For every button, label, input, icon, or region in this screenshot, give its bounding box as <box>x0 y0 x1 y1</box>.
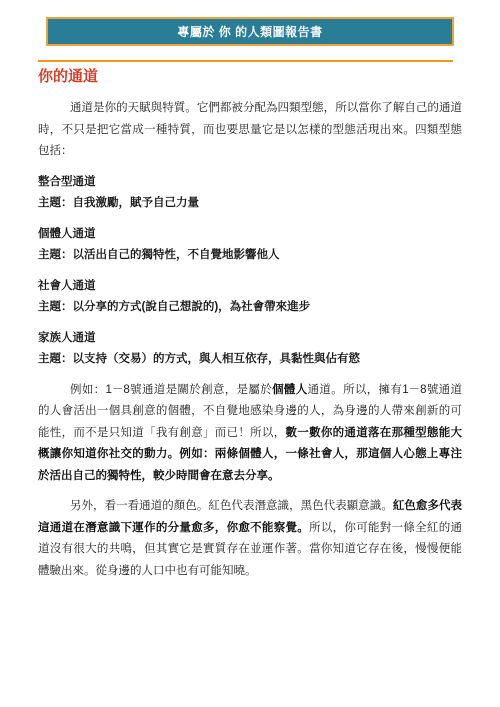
intro-paragraph: 通道是你的天賦與特質。它們都被分配為四類型態，所以當你了解自己的通道時，不只是把… <box>38 98 462 163</box>
channel-type-name: 家族人通道 <box>38 328 462 350</box>
channel-type-name: 個體人通道 <box>38 224 462 246</box>
channel-type-theme: 主題：自我激勵，賦予自己力量 <box>38 193 462 215</box>
channel-type-group: 個體人通道 主題：以活出自己的獨特性，不自覺地影響他人 <box>38 224 462 267</box>
section-heading: 你的通道 <box>38 68 462 85</box>
channel-type-theme: 主題：以分享的方式(說自己想說的)，為社會帶來進步 <box>38 297 462 319</box>
text-segment: 另外，看一看通道的顏色。紅色代表潛意識，黑色代表顯意識。 <box>70 500 393 512</box>
bold-text-segment: 個體人 <box>272 384 308 396</box>
report-banner: 專屬於 你 的人類圖報告書 <box>46 17 454 46</box>
channel-type-group: 家族人通道 主題：以支持（交易）的方式，與人相互依存，具黏性與佔有慾 <box>38 328 462 371</box>
color-meaning-paragraph: 另外，看一看通道的顏色。紅色代表潛意識，黑色代表顯意識。紅色愈多代表這通道在潛意… <box>38 496 462 582</box>
banner-title: 專屬於 你 的人類圖報告書 <box>177 25 322 39</box>
channel-type-group: 社會人通道 主題：以分享的方式(說自己想說的)，為社會帶來進步 <box>38 276 462 319</box>
page-content: 你的通道 通道是你的天賦與特質。它們都被分配為四類型態，所以當你了解自己的通道時… <box>38 60 462 582</box>
channel-type-name: 整合型通道 <box>38 172 462 194</box>
channel-type-theme: 主題：以活出自己的獨特性，不自覺地影響他人 <box>38 245 462 267</box>
text-segment: 例如：1－8號通道是關於創意，是屬於 <box>70 384 272 396</box>
channel-type-theme: 主題：以支持（交易）的方式，與人相互依存，具黏性與佔有慾 <box>38 349 462 371</box>
article-body: 通道是你的天賦與特質。它們都被分配為四類型態，所以當你了解自己的通道時，不只是把… <box>38 98 462 582</box>
example-paragraph: 例如：1－8號通道是關於創意，是屬於個體人通道。所以，擁有1－8號通道的人會活出… <box>38 380 462 488</box>
section-divider <box>38 60 453 62</box>
channel-type-name: 社會人通道 <box>38 276 462 298</box>
channel-type-group: 整合型通道 主題：自我激勵，賦予自己力量 <box>38 172 462 215</box>
